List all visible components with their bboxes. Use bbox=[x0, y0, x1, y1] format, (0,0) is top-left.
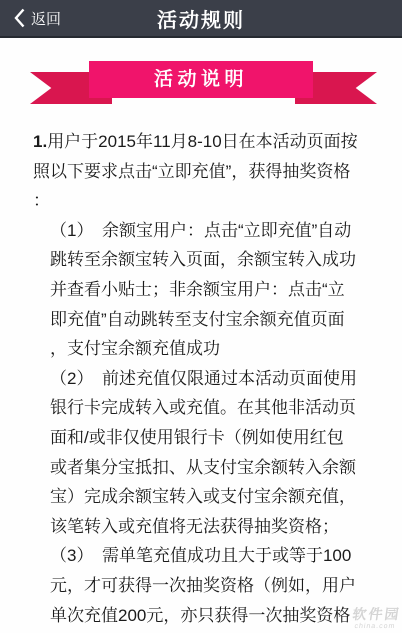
rule-intro: 1.用户于2015年11月8-10日在本活动页面按 照以下要求点击“立即充值”，… bbox=[33, 127, 387, 216]
rules-text: 1.用户于2015年11月8-10日在本活动页面按 照以下要求点击“立即充值”，… bbox=[0, 127, 402, 630]
rule-item-2: （2） 前述充值仅限通过本活动页面使用 银行卡完成转入或充值。在其他非活动页 面… bbox=[50, 364, 387, 542]
ribbon-banner: 活动说明 bbox=[0, 61, 402, 105]
rule-item-1: （1） 余额宝用户：点击“立即充值”自动 跳转至余额宝转入页面，余额宝转入成功 … bbox=[50, 216, 387, 364]
back-button[interactable]: 返回 bbox=[14, 0, 61, 36]
back-label: 返回 bbox=[31, 8, 61, 29]
rule-item-3: （3） 需单笔充值成功且大于或等于100 元，才可获得一次抽奖资格（例如，用户 … bbox=[50, 541, 387, 630]
ribbon-band-label: 活动说明 bbox=[89, 61, 313, 98]
back-chevron-icon bbox=[14, 8, 25, 28]
activity-rules-screen: 返回 活动规则 活动说明 1.用户于2015年11月8-10日在本活动页面按 照… bbox=[0, 0, 402, 633]
rule-intro-body: 用户于2015年11月8-10日在本活动页面按 照以下要求点击“立即充值”，获得… bbox=[33, 132, 358, 210]
rule-intro-marker: 1. bbox=[33, 132, 47, 151]
navbar: 返回 活动规则 bbox=[0, 0, 402, 38]
page-title: 活动规则 bbox=[157, 4, 245, 33]
